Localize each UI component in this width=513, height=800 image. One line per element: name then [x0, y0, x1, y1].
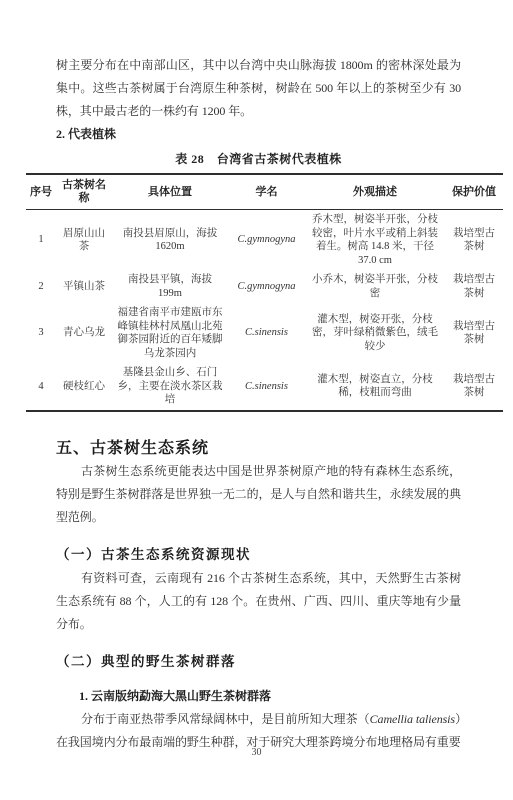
subsection-2-heading: （二）典型的野生茶树群落: [56, 650, 461, 674]
table-cell-value: 栽培型古茶树: [445, 363, 503, 411]
item-1-heading: 1. 云南版纳勐海大黑山野生茶树群落: [56, 685, 461, 707]
table-cell-no: 2: [26, 270, 56, 303]
table-cell-name: 青心乌龙: [56, 303, 112, 363]
document-page: 树主要分布在中南部山区，其中以台湾中央山脉海拔 1800m 的密林深处最为集中。…: [0, 0, 513, 800]
table-caption: 表 28 台湾省古茶树代表植株: [56, 148, 461, 170]
table-header-location: 具体位置: [112, 174, 228, 210]
table-cell-name: 平镇山茶: [56, 270, 112, 303]
table-cell-value: 栽培型古茶树: [445, 270, 503, 303]
table-cell-appearance: 小乔木，树姿半开张，分枝密: [305, 270, 445, 303]
table-cell-sci_name: C.sinensis: [228, 363, 305, 411]
rep-plant-heading: 2. 代表植株: [56, 123, 461, 146]
table-cell-location: 南投县平镇，海拔 199m: [112, 270, 228, 303]
table-cell-sci_name: C.gymnogyna: [228, 270, 305, 303]
table-cell-no: 3: [26, 303, 56, 363]
subsection-1-paragraph: 有资料可查，云南现有 216 个古茶树生态系统，其中，天然野生古茶树生态系统有 …: [56, 567, 461, 636]
section-heading: 五、古茶树生态系统: [56, 438, 461, 460]
latin-species-name: Camellia taliensis: [370, 712, 455, 726]
section-paragraph: 古茶树生态系统更能表达中国是世界茶树原产地的特有森林生态系统，特别是野生茶树群落…: [56, 460, 461, 529]
table-cell-name: 眉原山山茶: [56, 210, 112, 271]
table-body: 1眉原山山茶南投县眉原山，海拔 1620mC.gymnogyna乔木型，树姿半开…: [26, 210, 503, 411]
table-cell-no: 1: [26, 210, 56, 271]
page-content: 树主要分布在中南部山区，其中以台湾中央山脉海拔 1800m 的密林深处最为集中。…: [0, 0, 513, 754]
table-row: 1眉原山山茶南投县眉原山，海拔 1620mC.gymnogyna乔木型，树姿半开…: [26, 210, 503, 271]
table-header-row: 序号 古茶树名称 具体位置 学名 外观描述 保护价值: [26, 174, 503, 210]
table-header-value: 保护价值: [445, 174, 503, 210]
table-cell-name: 硬枝红心: [56, 363, 112, 411]
table-cell-sci_name: C.gymnogyna: [228, 210, 305, 271]
table-cell-appearance: 灌木型，树姿直立，分枝稀，枝粗而弯曲: [305, 363, 445, 411]
table-row: 3青心乌龙福建省南平市建瓯市东峰镇桂林村凤凰山北苑御茶园附近的百年矮脚乌龙茶园内…: [26, 303, 503, 363]
item-1-paragraph-text: 分布于南亚热带季风常绿阔林中，是目前所知大理茶（: [81, 712, 370, 726]
table-cell-location: 南投县眉原山，海拔 1620m: [112, 210, 228, 271]
table-cell-sci_name: C.sinensis: [228, 303, 305, 363]
intro-paragraph: 树主要分布在中南部山区，其中以台湾中央山脉海拔 1800m 的密林深处最为集中。…: [56, 54, 461, 123]
table-header-name: 古茶树名称: [56, 174, 112, 210]
table-row: 2平镇山茶南投县平镇，海拔 199mC.gymnogyna小乔木，树姿半开张，分…: [26, 270, 503, 303]
table-header-no: 序号: [26, 174, 56, 210]
table-cell-appearance: 乔木型，树姿半开张，分枝较密，叶片水平或稍上斜装着生。树高 14.8 米，干径 …: [305, 210, 445, 271]
table-cell-location: 福建省南平市建瓯市东峰镇桂林村凤凰山北苑御茶园附近的百年矮脚乌龙茶园内: [112, 303, 228, 363]
subsection-1-heading: （一）古茶生态系统资源现状: [56, 543, 461, 567]
page-number: 30: [0, 747, 513, 758]
table-cell-appearance: 灌木型，树姿开张，分枝密，芽叶绿稍微紫色，绒毛较少: [305, 303, 445, 363]
table-cell-value: 栽培型古茶树: [445, 303, 503, 363]
table-header-appearance: 外观描述: [305, 174, 445, 210]
table-row: 4硬枝红心基隆县金山乡、石门乡，主要在淡水茶区栽培C.sinensis灌木型，树…: [26, 363, 503, 411]
table-header-sci-name: 学名: [228, 174, 305, 210]
table-cell-location: 基隆县金山乡、石门乡，主要在淡水茶区栽培: [112, 363, 228, 411]
ancient-tea-tree-table: 序号 古茶树名称 具体位置 学名 外观描述 保护价值 1眉原山山茶南投县眉原山，…: [26, 173, 503, 412]
table-cell-no: 4: [26, 363, 56, 411]
table-cell-value: 栽培型古茶树: [445, 210, 503, 271]
